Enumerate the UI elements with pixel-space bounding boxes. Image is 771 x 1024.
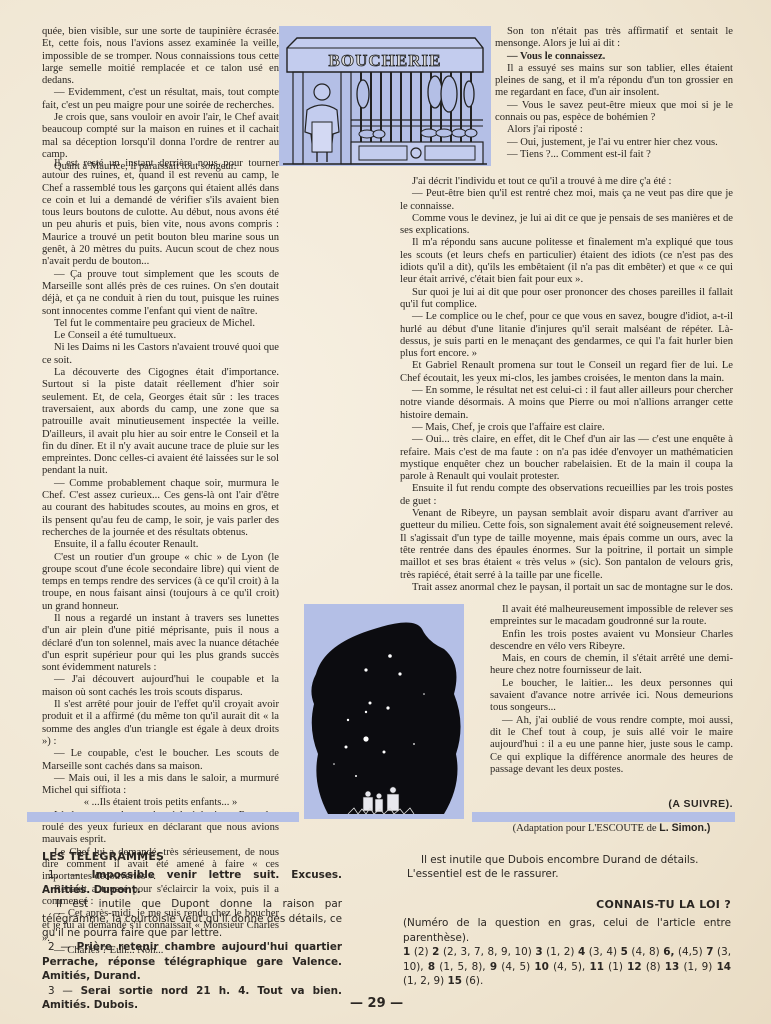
night-sky-illustration [304, 604, 464, 819]
to-be-continued: (A SUIVRE). [490, 798, 733, 810]
article-numbers: (1) [604, 961, 627, 973]
paragraph: Alors j'ai riposté : [495, 124, 733, 136]
paragraph: — En somme, le résultat net est celui-ci… [400, 385, 733, 422]
paragraph: — Le coupable, c'est le boucher. Les sco… [42, 748, 279, 773]
paragraph: Il nous a regardé un instant à travers s… [42, 613, 279, 674]
paragraph: Enfin les trois postes avaient vu Monsie… [490, 629, 733, 654]
paragraph: Mais, en cours de chemin, il s'était arr… [490, 653, 733, 678]
telegrammes-title: LES TELEGRAMMES [42, 850, 342, 864]
question-number: 11 [589, 961, 603, 973]
question-number: 8 [428, 961, 435, 973]
paragraph: — Vous le savez peut-être mieux que moi … [495, 100, 733, 125]
telegram-item: 1. — Impossible venir lettre suit. Excus… [42, 868, 342, 897]
paragraph: Il avait été malheureusement impossible … [490, 604, 733, 629]
paragraph: — Evidemment, c'est un résultat, mais, t… [42, 87, 279, 112]
question-number: 10 [534, 961, 548, 973]
question-number: 13 [665, 961, 679, 973]
article-column-right-top: Son ton n'était pas très affirmatif et s… [495, 26, 733, 161]
question-number: 12 [627, 961, 641, 973]
question-number: 14 [717, 961, 731, 973]
paragraph: — Oui... très claire, en effet, dit le C… [400, 434, 733, 483]
author-name: L. Simon.) [659, 822, 710, 834]
paragraph: Le Conseil a été tumultueux. [42, 330, 279, 342]
article-numbers: (4, 8) [628, 946, 663, 958]
paragraph: — Comme probablement chaque soir, murmur… [42, 478, 279, 539]
article-numbers: (1, 5, 8), [435, 961, 490, 973]
article-numbers: (6). [462, 975, 483, 987]
divider-rule-right [472, 812, 735, 822]
starry-night-scouts-icon [304, 604, 464, 819]
question-number: 6, [663, 946, 674, 958]
paragraph: Tel fut le commentaire peu gracieux de M… [42, 318, 279, 330]
paragraph: Comme vous le devinez, je lui ai dit ce … [400, 213, 733, 238]
paragraph: — Le complice ou le chef, pour ce que vo… [400, 311, 733, 360]
telegram-item: 2 — Prière retenir chambre aujourd'hui q… [42, 940, 342, 983]
telegram-explanation: Il est inutile que Dupont donne la raiso… [42, 897, 342, 940]
article-numbers: (4, 5) [497, 961, 534, 973]
butcher-shop-icon: BOUCHERIE [279, 26, 491, 166]
paragraph: C'est un routier d'un groupe « chic » de… [42, 552, 279, 613]
paragraph: Ensuite, il a fallu écouter Renault. [42, 539, 279, 551]
paragraph: — Oui, justement, je l'ai vu entrer hier… [495, 137, 733, 149]
article-numbers: (4, 5), [549, 961, 590, 973]
article-numbers: (8) [642, 961, 665, 973]
paragraph: — Tiens ?... Comment est-il fait ? [495, 149, 733, 161]
paragraph: — J'ai découvert aujourd'hui le coupable… [42, 674, 279, 699]
paragraph: quée, bien visible, sur une sorte de tau… [42, 26, 279, 87]
paragraph: — Vous le connaissez. [495, 51, 733, 63]
paragraph: — Mais oui, il les a mis dans le saloir,… [42, 773, 279, 798]
paragraph: Ensuite il fut rendu compte des observat… [400, 483, 733, 508]
paragraph: — Mais, Chef, je crois que l'affaire est… [400, 422, 733, 434]
loi-title: CONNAIS-TU LA LOI ? [403, 898, 731, 912]
telegrammes-section: LES TELEGRAMMES 1. — Impossible venir le… [42, 850, 342, 1012]
article-column-right-low: Il avait été malheureusement impossible … [490, 604, 733, 836]
question-number: 5 [621, 946, 628, 958]
article-numbers: (4,5) [674, 946, 706, 958]
shop-sign: BOUCHERIE [329, 51, 442, 70]
article-numbers: (2) [410, 946, 432, 958]
paragraph: Trait assez anormal chez le paysan, il p… [400, 582, 733, 594]
telegram-explanation-3: Il est inutile que Dubois encombre Duran… [407, 853, 727, 882]
article-numbers: (3, 4) [585, 946, 620, 958]
article-numbers: (1, 2) [543, 946, 578, 958]
paragraph: — Peut-être bien qu'il est rentré chez m… [400, 188, 733, 213]
article-numbers: (1, 2, 9) [403, 975, 447, 987]
article-numbers: (2, 3, 7, 8, 9, 10) [439, 946, 535, 958]
paragraph: Et Gabriel Renault promena sur tout le C… [400, 360, 733, 385]
article-numbers: (1, 9) [679, 961, 716, 973]
loi-answers: 1 (2) 2 (2, 3, 7, 8, 9, 10) 3 (1, 2) 4 (… [403, 945, 731, 988]
paragraph: Le boucher, le laitier... les deux perso… [490, 678, 733, 715]
loi-intro: (Numéro de la question en gras, celui de… [403, 916, 731, 945]
paragraph: « ...Ils étaient trois petits enfants...… [42, 797, 279, 809]
paragraph: Il m'a répondu sans aucune politesse et … [400, 237, 733, 286]
paragraph: Il s'est arrêté pour jouir de l'effet qu… [42, 699, 279, 748]
paragraph: Sur quoi je lui ai dit que pour oser pro… [400, 287, 733, 312]
divider-rule-left [27, 812, 299, 822]
article-column-right-mid: J'ai décrit l'individu et tout ce qu'il … [400, 176, 733, 594]
adaptation-credit: (Adaptation pour L'ESCOUTE de L. Simon.) [490, 822, 733, 835]
paragraph: J'ai décrit l'individu et tout ce qu'il … [400, 176, 733, 188]
paragraph: Il est resté un instant derrière nous po… [42, 158, 279, 269]
paragraph: Son ton n'était pas très affirmatif et s… [495, 26, 733, 51]
paragraph: La découverte des Cigognes était d'impor… [42, 367, 279, 478]
paragraph: — Ah, j'ai oublié de vous rendre compte,… [490, 715, 733, 776]
paragraph: Venant de Ribeyre, un paysan semblait av… [400, 508, 733, 582]
loi-section: CONNAIS-TU LA LOI ? (Numéro de la questi… [403, 898, 731, 988]
article-column-left-top: quée, bien visible, sur une sorte de tau… [42, 26, 279, 174]
question-number: 15 [447, 975, 461, 987]
question-number: 3 [535, 946, 542, 958]
paragraph: Il a essuyé ses mains sur son tablier, e… [495, 63, 733, 100]
question-number: 9 [490, 961, 497, 973]
magazine-page: quée, bien visible, sur une sorte de tau… [0, 0, 771, 1024]
paragraph: — Ça prouve tout simplement que les scou… [42, 269, 279, 318]
paragraph: Ni les Daims ni les Castors n'avaient tr… [42, 342, 279, 367]
telegram-item: 3 — Serai sortie nord 21 h. 4. Tout va b… [42, 984, 342, 1013]
paragraph: Je crois que, sans vouloir en avoir l'ai… [42, 112, 279, 161]
page-number: — 29 — [350, 996, 403, 1011]
boucherie-illustration: BOUCHERIE [279, 26, 491, 166]
article-column-left: Il est resté un instant derrière nous po… [42, 158, 279, 957]
